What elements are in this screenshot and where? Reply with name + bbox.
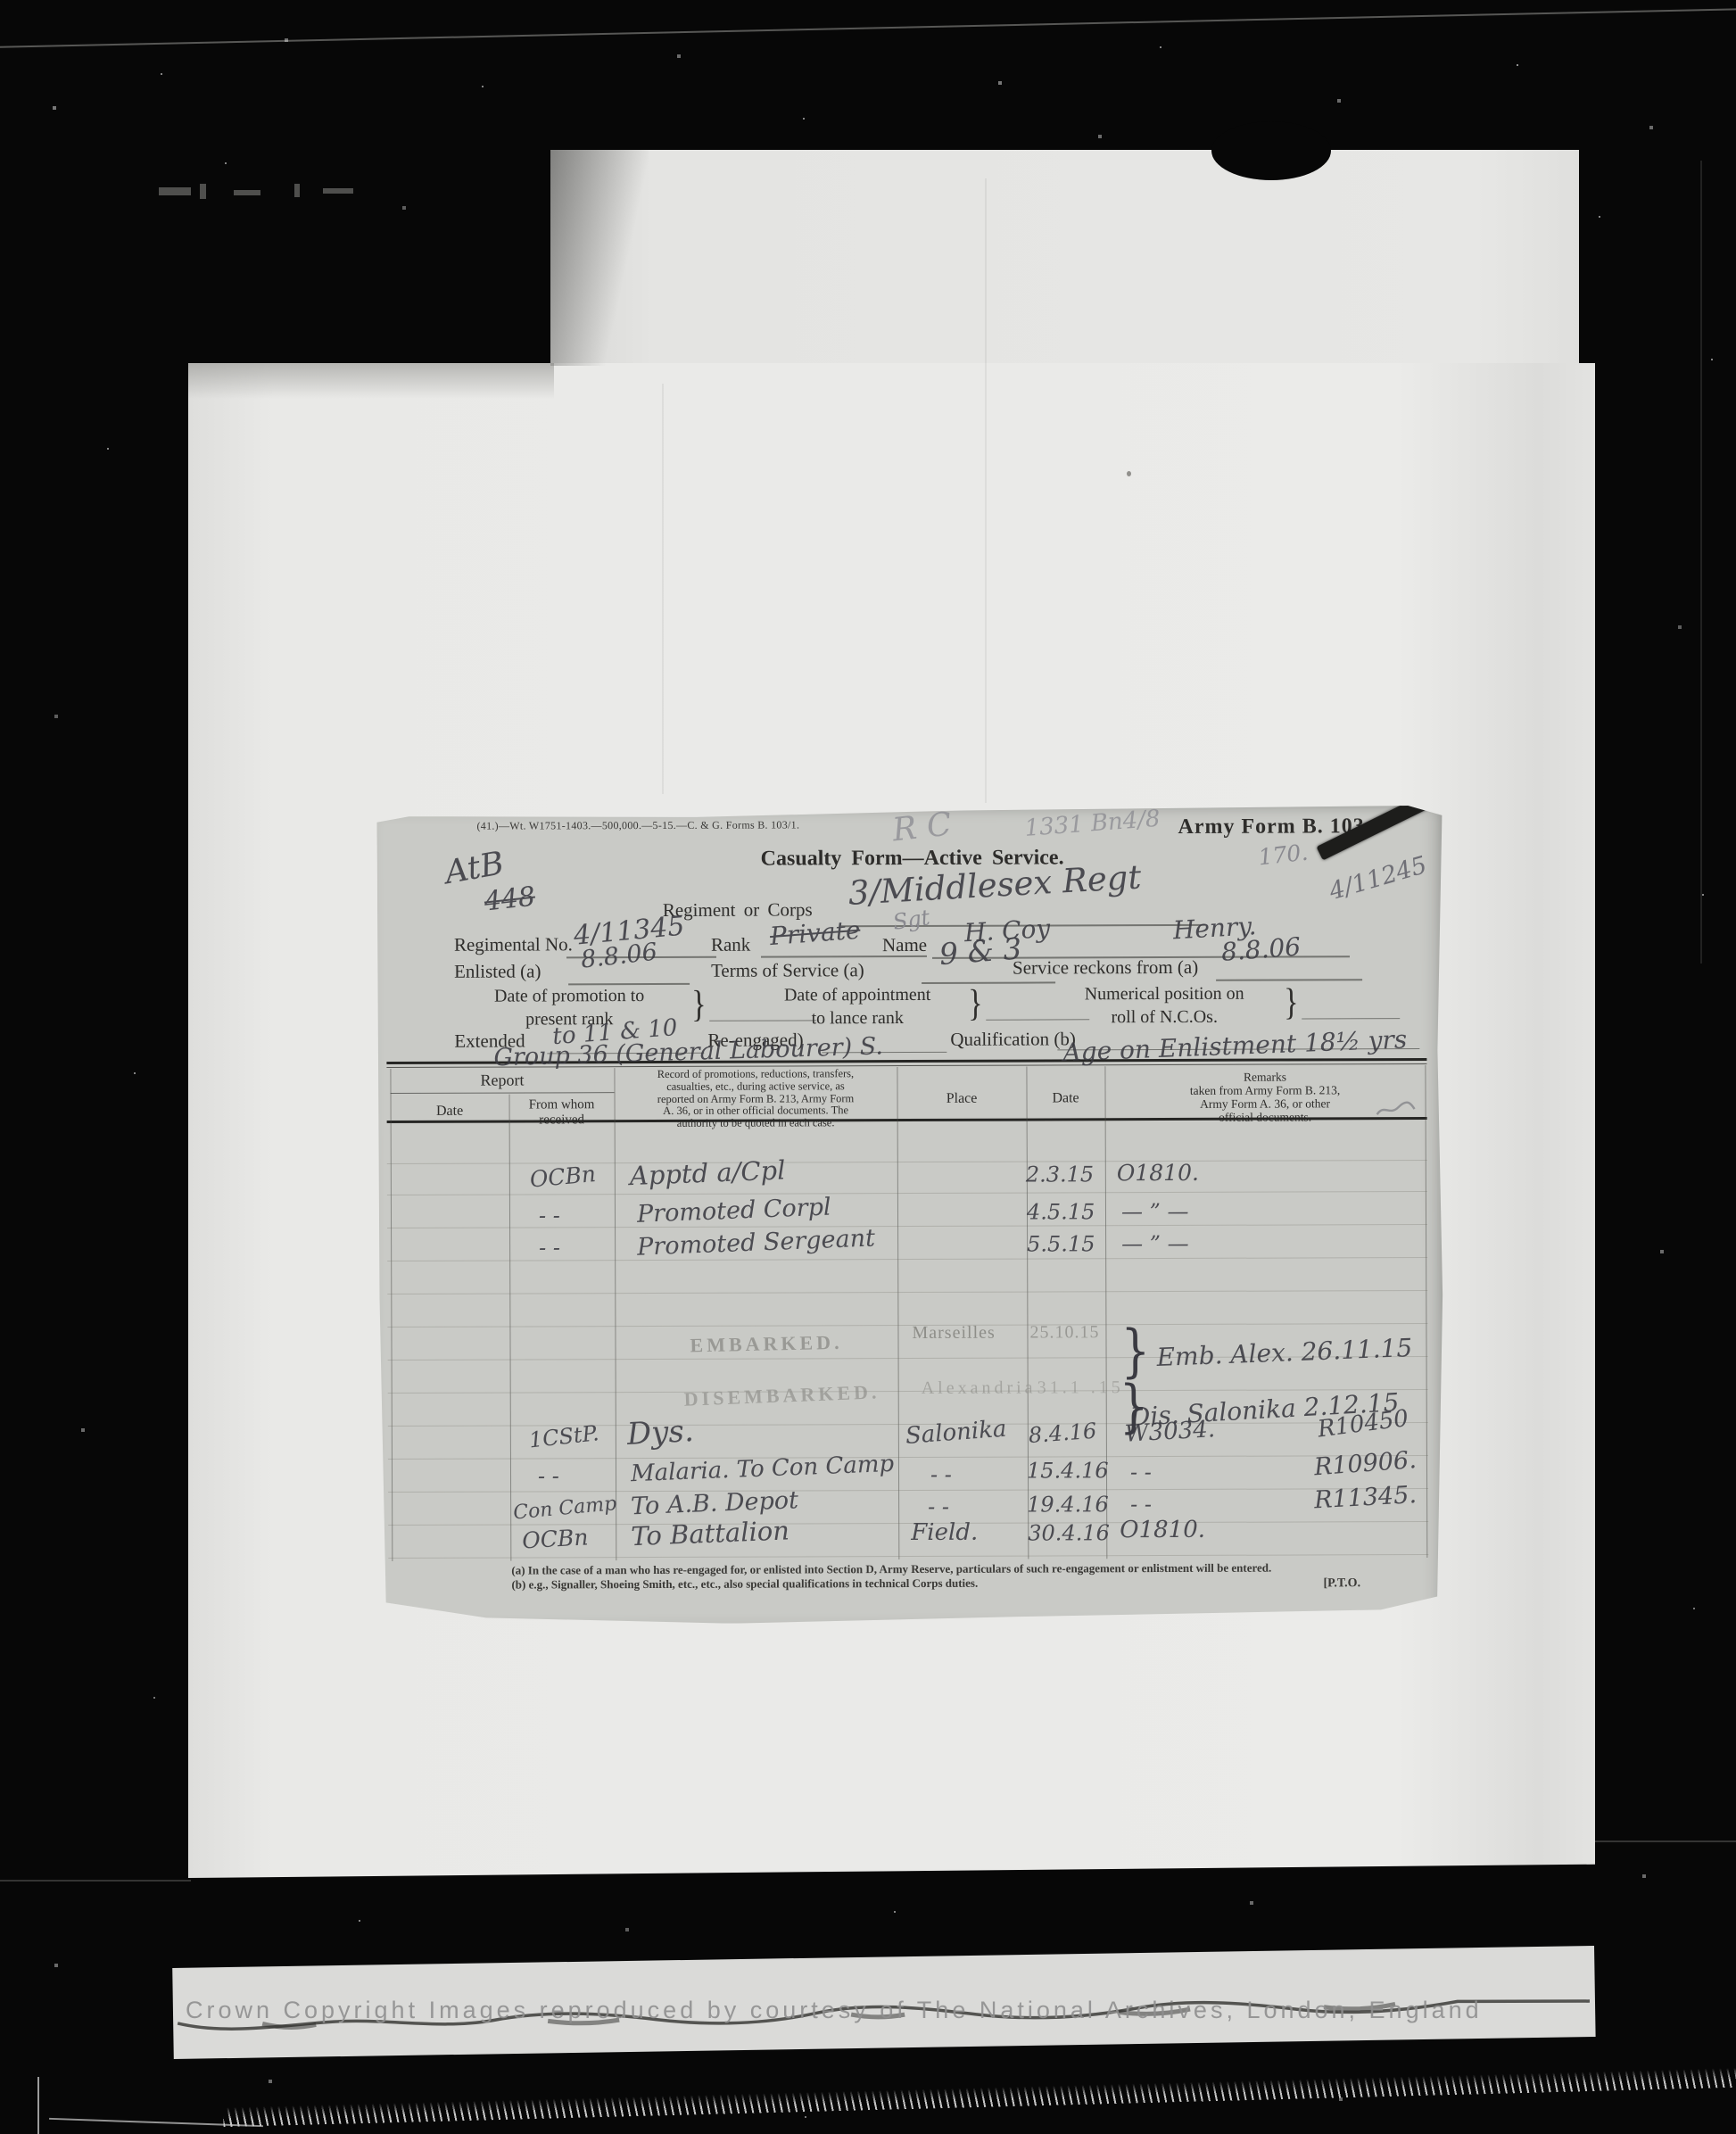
name-label: Name <box>882 934 927 956</box>
column-divider <box>1425 1065 1427 1558</box>
qualification-label: Qualification (b) <box>950 1028 1076 1050</box>
column-divider <box>390 1069 393 1561</box>
terms-label: Terms of Service (a) <box>711 959 864 982</box>
film-frame-mark <box>159 187 191 195</box>
numerical-label: Numerical position on roll of N.C.Os. <box>1048 982 1280 1030</box>
row-record: Malaria. To Con Camp <box>631 1451 895 1487</box>
regimental-no-label: Regimental No. <box>454 933 573 955</box>
row-from: Con Camp <box>512 1493 617 1524</box>
column-divider <box>614 1068 616 1560</box>
promotion-label-line1: Date of promotion to <box>494 986 644 1006</box>
margin-scribble-2: 448 <box>483 881 537 918</box>
numerical-brace: } <box>1284 982 1298 1025</box>
film-edge-tick <box>37 2077 39 2134</box>
row-date: 4.5.15 <box>1027 1199 1095 1224</box>
ruled-line <box>388 1488 1428 1493</box>
reckons-line <box>1216 979 1362 981</box>
terms-value: 9 & 3 <box>938 931 1023 972</box>
pencil-folio-number: 170. <box>1257 840 1309 871</box>
photo-sheet-upper <box>550 150 1579 366</box>
numerical-label-line2: roll of N.C.Os. <box>1111 1007 1218 1027</box>
sheet-top-notch <box>1211 121 1331 180</box>
row-remarks: — ” — <box>1121 1231 1189 1256</box>
enlisted-label: Enlisted (a) <box>454 960 541 982</box>
pencil-regimental-number: 4/11245 <box>1327 851 1430 906</box>
film-frame-mark <box>234 190 260 195</box>
film-scratch <box>1595 1840 1736 1842</box>
ruled-line <box>387 1191 1427 1195</box>
sheet-crease <box>985 178 987 803</box>
row-date: 19.4.16 <box>1027 1492 1109 1517</box>
numerical-line <box>1302 1018 1400 1019</box>
film-frame-mark <box>323 188 353 194</box>
row-from: - - <box>539 1203 560 1228</box>
ruled-line <box>387 1160 1427 1164</box>
film-edge-noise <box>223 2068 1736 2127</box>
row-remarks: O1810. <box>1120 1517 1205 1543</box>
numerical-label-line1: Numerical position on <box>1085 984 1244 1005</box>
appointment-label-line2: to lance rank <box>812 1008 904 1028</box>
row-from: OCBn <box>522 1524 590 1553</box>
column-divider <box>897 1067 899 1559</box>
reckons-label: Service reckons from (a) <box>1013 956 1198 980</box>
rank-value: Private <box>769 915 862 951</box>
row-record: Apptd a/Cpl <box>629 1154 786 1191</box>
date2-column-header: Date <box>1027 1090 1105 1106</box>
embarked-place: Marseilles <box>912 1323 995 1344</box>
sheet-fold-shadow <box>550 150 649 366</box>
disembarked-stamp: DISEMBARKED. <box>683 1380 880 1410</box>
pencil-battalion-note: 1331 Bn4/8 <box>1024 806 1161 842</box>
ruled-line <box>388 1554 1428 1559</box>
row-from: - - <box>538 1463 559 1488</box>
date-column-header: Date <box>391 1104 509 1120</box>
embarked-date: 25.10.15 <box>1029 1322 1099 1343</box>
disembarked-place: Alexandria <box>922 1378 1037 1399</box>
report-underline <box>391 1092 615 1094</box>
row-date: 30.4.16 <box>1028 1520 1110 1545</box>
film-scratch <box>1700 161 1702 964</box>
column-divider <box>1026 1067 1029 1559</box>
rank-correction: Sgt <box>891 905 931 935</box>
crown-copyright-watermark: Crown Copyright Images reproduced by cou… <box>186 1997 1593 2024</box>
disembarked-date: 31.1 .15 <box>1037 1377 1124 1398</box>
row-remarks: - - <box>1130 1460 1152 1485</box>
film-frame-mark <box>294 184 300 197</box>
ruled-line <box>388 1455 1428 1460</box>
row-remarks-right: R11345. <box>1313 1481 1417 1514</box>
dust-speckles <box>0 0 2 2</box>
sheet-blemish <box>1127 471 1131 476</box>
row-place: - - <box>928 1494 949 1519</box>
footnote-b: (b) e.g., Signaller, Shoeing Smith, etc.… <box>511 1575 1314 1592</box>
appointment-brace: } <box>968 983 982 1026</box>
report-header: Report <box>390 1071 614 1090</box>
sheet-crease <box>662 384 664 794</box>
ruled-line <box>387 1290 1427 1294</box>
place-column-header: Place <box>897 1091 1027 1108</box>
column-divider <box>1104 1066 1107 1559</box>
row-from: - - <box>539 1235 560 1260</box>
promotion-brace: } <box>691 984 706 1027</box>
ruled-line <box>388 1521 1428 1526</box>
film-frame-mark <box>200 184 206 199</box>
row-place: Salonika <box>905 1416 1008 1450</box>
embarked-stamp: EMBARKED. <box>690 1331 843 1358</box>
row-remarks: - - <box>1130 1492 1152 1517</box>
ruled-line <box>387 1323 1427 1328</box>
row-record: To Battalion <box>631 1515 790 1551</box>
row-date: 15.4.16 <box>1027 1458 1109 1483</box>
sheet-step-shadow <box>188 363 554 399</box>
embarked-note: Emb. Alex. 26.11.15 <box>1156 1333 1413 1372</box>
row-date: 8.4.16 <box>1028 1419 1097 1449</box>
row-record: Dys. <box>626 1413 695 1452</box>
appointment-label: Date of appointment to lance rank <box>750 983 964 1030</box>
row-remarks: — ” — <box>1121 1199 1189 1224</box>
row-remarks-right: R10906. <box>1313 1446 1418 1481</box>
row-remarks: W3034. <box>1124 1416 1216 1448</box>
row-place: - - <box>930 1462 952 1487</box>
film-scratch <box>0 1880 191 1882</box>
regiment-label: Regiment or Corps <box>663 898 813 922</box>
film-edge-line <box>0 8 1736 48</box>
row-date: 2.3.15 <box>1026 1162 1094 1187</box>
row-remarks: O1810. <box>1117 1160 1199 1186</box>
row-place: Field. <box>911 1519 978 1546</box>
pencil-initials: R C <box>890 806 953 849</box>
appointment-label-line1: Date of appointment <box>784 985 930 1005</box>
printer-reference: (41.)—Wt. W1751-1403.—500,000.—5-15.—C. … <box>476 818 799 832</box>
casualty-form-document: (41.)—Wt. W1751-1403.—500,000.—5-15.—C. … <box>376 806 1444 1625</box>
rank-label: Rank <box>711 934 750 956</box>
from-whom-column-header: From whom received <box>509 1097 615 1128</box>
row-date: 5.5.15 <box>1027 1231 1095 1256</box>
row-record: Promoted Sergeant <box>637 1224 876 1261</box>
row-from: OCBn <box>529 1161 597 1193</box>
ruled-line <box>388 1389 1428 1394</box>
row-record: Promoted Corpl <box>636 1194 831 1228</box>
reckons-value: 8.8.06 <box>1220 931 1302 966</box>
microfilm-scan: (41.)—Wt. W1751-1403.—500,000.—5-15.—C. … <box>0 0 1736 2134</box>
pto-note: [P.T.O. <box>1323 1576 1360 1591</box>
